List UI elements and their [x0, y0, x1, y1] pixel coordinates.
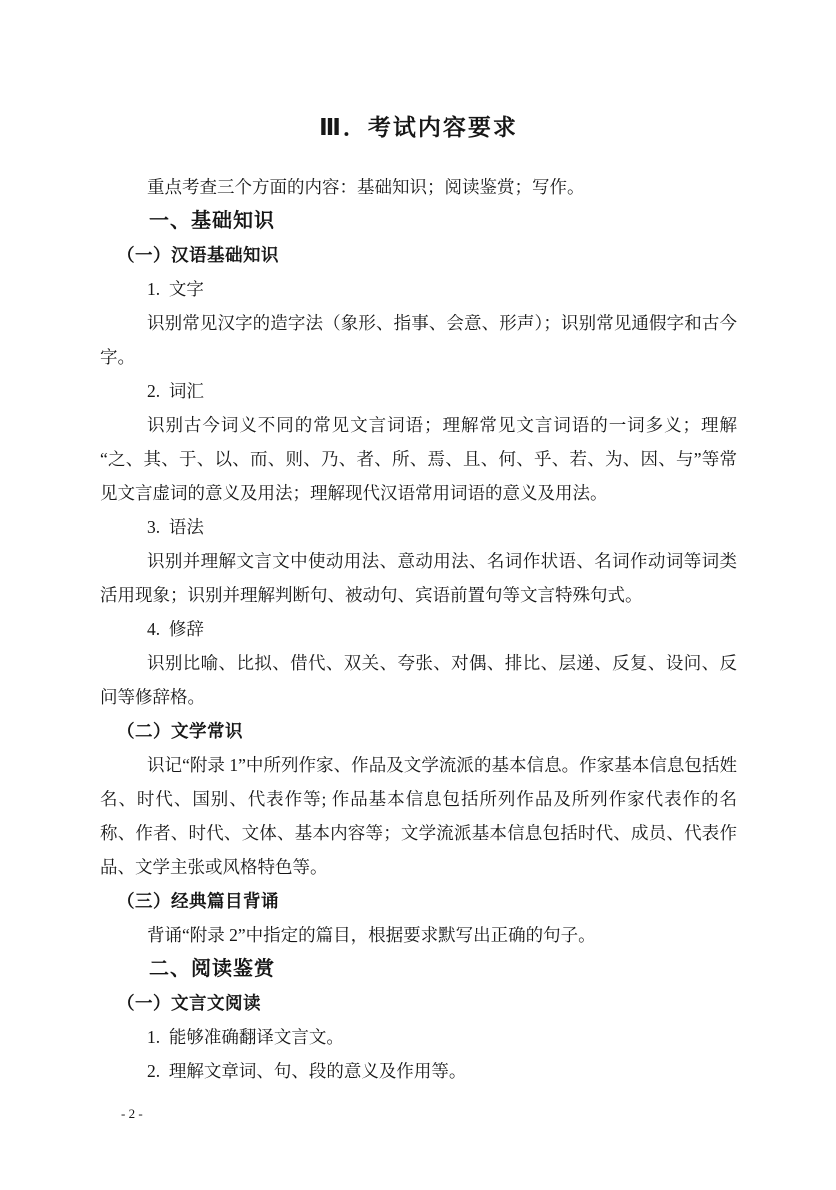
subsection-heading-classical-reading: （一）文言文阅读: [100, 986, 737, 1020]
document-page: Ⅲ．考试内容要求 重点考查三个方面的内容：基础知识；阅读鉴赏；写作。 一、基础知…: [0, 0, 836, 1190]
subsection-heading-classic-recitation: （三）经典篇目背诵: [100, 884, 737, 918]
numbered-item-comprehension: 2. 理解文章词、句、段的意义及作用等。: [100, 1054, 737, 1088]
numbered-item-rhetoric: 4. 修辞: [100, 612, 737, 646]
intro-paragraph: 重点考查三个方面的内容：基础知识；阅读鉴赏；写作。: [100, 170, 737, 204]
document-content: Ⅲ．考试内容要求 重点考查三个方面的内容：基础知识；阅读鉴赏；写作。 一、基础知…: [0, 0, 836, 1088]
paragraph-grammar-requirements: 识别并理解文言文中使动用法、意动用法、名词作状语、名词作动词等词类活用现象；识别…: [100, 544, 737, 612]
section-heading-reading-appreciation: 二、阅读鉴赏: [100, 952, 737, 986]
paragraph-rhetoric-requirements: 识别比喻、比拟、借代、双关、夸张、对偶、排比、层递、反复、设问、反问等修辞格。: [100, 646, 737, 714]
subsection-heading-literary-knowledge: （二）文学常识: [100, 714, 737, 748]
paragraph-recitation-requirements: 背诵“附录 2”中指定的篇目，根据要求默写出正确的句子。: [100, 918, 737, 952]
numbered-item-translation: 1. 能够准确翻译文言文。: [100, 1020, 737, 1054]
section-heading-basic-knowledge: 一、基础知识: [100, 204, 737, 238]
page-number: - 2 -: [121, 1106, 143, 1122]
paragraph-literary-knowledge-requirements: 识记“附录 1”中所列作家、作品及文学流派的基本信息。作家基本信息包括姓名、时代…: [100, 748, 737, 884]
paragraph-vocabulary-requirements: 识别古今词义不同的常见文言词语；理解常见文言词语的一词多义；理解“之、其、于、以…: [100, 408, 737, 510]
numbered-item-vocabulary: 2. 词汇: [100, 374, 737, 408]
document-title: Ⅲ．考试内容要求: [100, 104, 737, 150]
subsection-heading-chinese-basics: （一）汉语基础知识: [100, 238, 737, 272]
paragraph-character-formation: 识别常见汉字的造字法（象形、指事、会意、形声）；识别常见通假字和古今字。: [100, 306, 737, 374]
numbered-item-characters: 1. 文字: [100, 272, 737, 306]
numbered-item-grammar: 3. 语法: [100, 510, 737, 544]
